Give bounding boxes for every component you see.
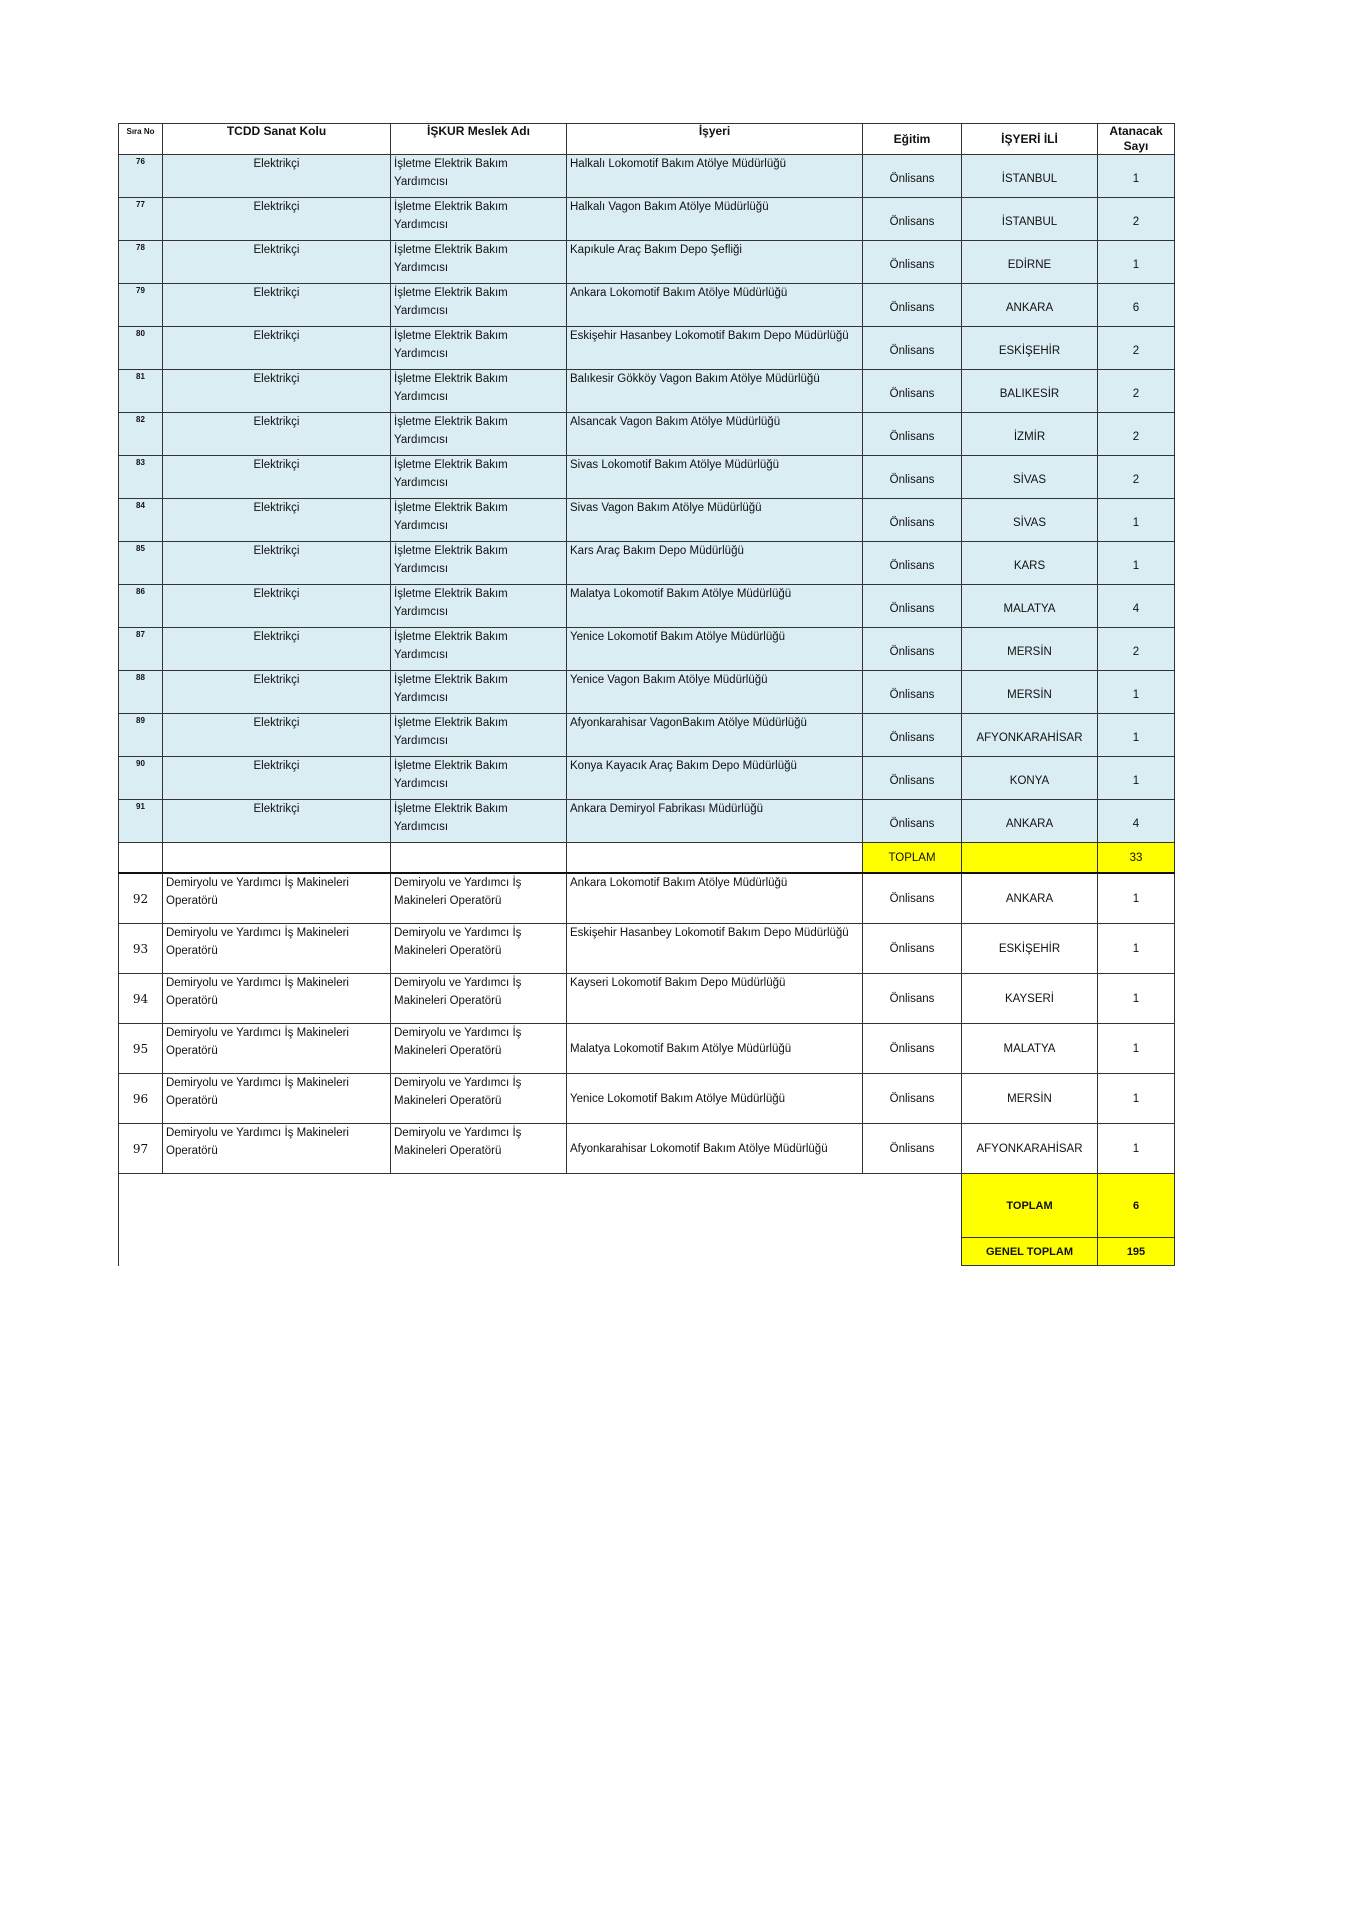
table-row: 94Demiryolu ve Yardımcı İş Makineleri Op… <box>119 974 1175 1024</box>
egitim-cell: Önlisans <box>863 714 962 757</box>
egitim-cell: Önlisans <box>863 873 962 924</box>
egitim-cell: Önlisans <box>863 671 962 714</box>
table-row: 87Elektrikçiİşletme Elektrik Bakım Yardı… <box>119 628 1175 671</box>
recruitment-table: Sıra No TCDD Sanat Kolu İŞKUR Meslek Adı… <box>118 123 1175 1266</box>
egitim-cell: Önlisans <box>863 370 962 413</box>
sanat-kolu-cell: Elektrikçi <box>163 757 391 800</box>
table-row: 97Demiryolu ve Yardımcı İş Makineleri Op… <box>119 1124 1175 1174</box>
isyeri-cell: Ankara Demiryol Fabrikası Müdürlüğü <box>567 800 863 843</box>
sanat-kolu-cell: Elektrikçi <box>163 370 391 413</box>
egitim-cell: Önlisans <box>863 628 962 671</box>
table-row: 80Elektrikçiİşletme Elektrik Bakım Yardı… <box>119 327 1175 370</box>
isyeri-cell: Kayseri Lokomotif Bakım Depo Müdürlüğü <box>567 974 863 1024</box>
table-row: 86Elektrikçiİşletme Elektrik Bakım Yardı… <box>119 585 1175 628</box>
egitim-cell: Önlisans <box>863 155 962 198</box>
isyeri-ili-cell: ANKARA <box>962 873 1098 924</box>
meslek-adi-cell: İşletme Elektrik Bakım Yardımcısı <box>391 456 567 499</box>
row-number: 77 <box>119 198 163 241</box>
table-row: 88Elektrikçiİşletme Elektrik Bakım Yardı… <box>119 671 1175 714</box>
table-header-row: Sıra No TCDD Sanat Kolu İŞKUR Meslek Adı… <box>119 124 1175 155</box>
isyeri-cell: Yenice Vagon Bakım Atölye Müdürlüğü <box>567 671 863 714</box>
isyeri-cell: Halkalı Lokomotif Bakım Atölye Müdürlüğü <box>567 155 863 198</box>
group-total-row: TOPLAM33 <box>119 843 1175 874</box>
egitim-cell: Önlisans <box>863 800 962 843</box>
meslek-adi-cell: İşletme Elektrik Bakım Yardımcısı <box>391 542 567 585</box>
empty-cell <box>567 843 863 874</box>
meslek-adi-cell: İşletme Elektrik Bakım Yardımcısı <box>391 370 567 413</box>
sanat-kolu-cell: Demiryolu ve Yardımcı İş Makineleri Oper… <box>163 1024 391 1074</box>
row-number: 88 <box>119 671 163 714</box>
atanacak-sayi-cell: 1 <box>1098 974 1175 1024</box>
meslek-adi-cell: İşletme Elektrik Bakım Yardımcısı <box>391 155 567 198</box>
row-number: 95 <box>119 1024 163 1074</box>
egitim-cell: Önlisans <box>863 757 962 800</box>
sanat-kolu-cell: Demiryolu ve Yardımcı İş Makineleri Oper… <box>163 873 391 924</box>
atanacak-sayi-cell: 1 <box>1098 1024 1175 1074</box>
atanacak-sayi-cell: 1 <box>1098 671 1175 714</box>
atanacak-sayi-cell: 1 <box>1098 873 1175 924</box>
row-number: 84 <box>119 499 163 542</box>
table-row: 84Elektrikçiİşletme Elektrik Bakım Yardı… <box>119 499 1175 542</box>
sanat-kolu-cell: Elektrikçi <box>163 198 391 241</box>
atanacak-sayi-cell: 2 <box>1098 628 1175 671</box>
isyeri-ili-cell: SİVAS <box>962 499 1098 542</box>
sanat-kolu-cell: Elektrikçi <box>163 413 391 456</box>
header-sira-no: Sıra No <box>119 124 163 155</box>
atanacak-sayi-cell: 1 <box>1098 924 1175 974</box>
row-number: 96 <box>119 1074 163 1124</box>
total-value: 33 <box>1098 843 1175 874</box>
table-row: 78Elektrikçiİşletme Elektrik Bakım Yardı… <box>119 241 1175 284</box>
meslek-adi-cell: İşletme Elektrik Bakım Yardımcısı <box>391 198 567 241</box>
empty-cell <box>163 843 391 874</box>
meslek-adi-cell: İşletme Elektrik Bakım Yardımcısı <box>391 499 567 542</box>
isyeri-ili-cell: AFYONKARAHİSAR <box>962 714 1098 757</box>
atanacak-sayi-cell: 1 <box>1098 542 1175 585</box>
header-isyeri: İşyeri <box>567 124 863 155</box>
sanat-kolu-cell: Elektrikçi <box>163 585 391 628</box>
isyeri-ili-cell: KONYA <box>962 757 1098 800</box>
isyeri-cell: Malatya Lokomotif Bakım Atölye Müdürlüğü <box>567 1024 863 1074</box>
row-number: 87 <box>119 628 163 671</box>
isyeri-cell: Afyonkarahisar Lokomotif Bakım Atölye Mü… <box>567 1124 863 1174</box>
isyeri-ili-cell: SİVAS <box>962 456 1098 499</box>
grand-total-row: GENEL TOPLAM195 <box>119 1238 1175 1266</box>
meslek-adi-cell: İşletme Elektrik Bakım Yardımcısı <box>391 327 567 370</box>
row-number: 76 <box>119 155 163 198</box>
table-row: 76Elektrikçiİşletme Elektrik Bakım Yardı… <box>119 155 1175 198</box>
sanat-kolu-cell: Demiryolu ve Yardımcı İş Makineleri Oper… <box>163 974 391 1024</box>
row-number: 78 <box>119 241 163 284</box>
atanacak-sayi-cell: 1 <box>1098 155 1175 198</box>
atanacak-sayi-cell: 2 <box>1098 413 1175 456</box>
isyeri-cell: Ankara Lokomotif Bakım Atölye Müdürlüğü <box>567 284 863 327</box>
table-row: 81Elektrikçiİşletme Elektrik Bakım Yardı… <box>119 370 1175 413</box>
empty-cell <box>163 1174 962 1238</box>
egitim-cell: Önlisans <box>863 974 962 1024</box>
sanat-kolu-cell: Elektrikçi <box>163 542 391 585</box>
isyeri-cell: Eskişehir Hasanbey Lokomotif Bakım Depo … <box>567 924 863 974</box>
meslek-adi-cell: Demiryolu ve Yardımcı İş Makineleri Oper… <box>391 1024 567 1074</box>
atanacak-sayi-cell: 1 <box>1098 241 1175 284</box>
header-isyeri-ili: İŞYERİ İLİ <box>962 124 1098 155</box>
isyeri-ili-cell: KAYSERİ <box>962 974 1098 1024</box>
meslek-adi-cell: Demiryolu ve Yardımcı İş Makineleri Oper… <box>391 924 567 974</box>
table-row: 77Elektrikçiİşletme Elektrik Bakım Yardı… <box>119 198 1175 241</box>
meslek-adi-cell: İşletme Elektrik Bakım Yardımcısı <box>391 757 567 800</box>
table-row: 79Elektrikçiİşletme Elektrik Bakım Yardı… <box>119 284 1175 327</box>
isyeri-ili-cell: MERSİN <box>962 1074 1098 1124</box>
empty-cell <box>119 843 163 874</box>
sanat-kolu-cell: Elektrikçi <box>163 327 391 370</box>
isyeri-cell: Balıkesir Gökköy Vagon Bakım Atölye Müdü… <box>567 370 863 413</box>
sanat-kolu-cell: Demiryolu ve Yardımcı İş Makineleri Oper… <box>163 924 391 974</box>
atanacak-sayi-cell: 1 <box>1098 757 1175 800</box>
total-label: TOPLAM <box>962 1174 1098 1238</box>
egitim-cell: Önlisans <box>863 327 962 370</box>
isyeri-ili-cell: ANKARA <box>962 284 1098 327</box>
header-meslek-adi: İŞKUR Meslek Adı <box>391 124 567 155</box>
atanacak-sayi-cell: 4 <box>1098 585 1175 628</box>
table-row: 90Elektrikçiİşletme Elektrik Bakım Yardı… <box>119 757 1175 800</box>
row-number: 92 <box>119 873 163 924</box>
egitim-cell: Önlisans <box>863 1074 962 1124</box>
isyeri-ili-cell: AFYONKARAHİSAR <box>962 1124 1098 1174</box>
isyeri-ili-cell: ESKİŞEHİR <box>962 924 1098 974</box>
empty-cell <box>163 1238 962 1266</box>
atanacak-sayi-cell: 6 <box>1098 284 1175 327</box>
meslek-adi-cell: Demiryolu ve Yardımcı İş Makineleri Oper… <box>391 1074 567 1124</box>
meslek-adi-cell: İşletme Elektrik Bakım Yardımcısı <box>391 585 567 628</box>
row-number: 91 <box>119 800 163 843</box>
sanat-kolu-cell: Elektrikçi <box>163 499 391 542</box>
sanat-kolu-cell: Demiryolu ve Yardımcı İş Makineleri Oper… <box>163 1074 391 1124</box>
meslek-adi-cell: İşletme Elektrik Bakım Yardımcısı <box>391 800 567 843</box>
meslek-adi-cell: İşletme Elektrik Bakım Yardımcısı <box>391 628 567 671</box>
meslek-adi-cell: Demiryolu ve Yardımcı İş Makineleri Oper… <box>391 974 567 1024</box>
atanacak-sayi-cell: 1 <box>1098 1124 1175 1174</box>
isyeri-cell: Malatya Lokomotif Bakım Atölye Müdürlüğü <box>567 585 863 628</box>
isyeri-cell: Sivas Vagon Bakım Atölye Müdürlüğü <box>567 499 863 542</box>
atanacak-sayi-cell: 1 <box>1098 1074 1175 1124</box>
isyeri-cell: Ankara Lokomotif Bakım Atölye Müdürlüğü <box>567 873 863 924</box>
isyeri-ili-cell: İSTANBUL <box>962 198 1098 241</box>
empty-cell <box>119 1174 163 1238</box>
table-row: 83Elektrikçiİşletme Elektrik Bakım Yardı… <box>119 456 1175 499</box>
grand-total-label: GENEL TOPLAM <box>962 1238 1098 1266</box>
row-number: 89 <box>119 714 163 757</box>
isyeri-cell: Afyonkarahisar VagonBakım Atölye Müdürlü… <box>567 714 863 757</box>
isyeri-ili-cell: MERSİN <box>962 671 1098 714</box>
isyeri-cell: Kars Araç Bakım Depo Müdürlüğü <box>567 542 863 585</box>
sanat-kolu-cell: Demiryolu ve Yardımcı İş Makineleri Oper… <box>163 1124 391 1174</box>
isyeri-cell: Alsancak Vagon Bakım Atölye Müdürlüğü <box>567 413 863 456</box>
isyeri-ili-cell: MALATYA <box>962 585 1098 628</box>
isyeri-cell: Yenice Lokomotif Bakım Atölye Müdürlüğü <box>567 628 863 671</box>
atanacak-sayi-cell: 2 <box>1098 456 1175 499</box>
header-egitim: Eğitim <box>863 124 962 155</box>
sanat-kolu-cell: Elektrikçi <box>163 241 391 284</box>
row-number: 97 <box>119 1124 163 1174</box>
header-atanacak-sayi: Atanacak Sayı <box>1098 124 1175 155</box>
atanacak-sayi-cell: 1 <box>1098 499 1175 542</box>
sanat-kolu-cell: Elektrikçi <box>163 456 391 499</box>
isyeri-ili-cell: MERSİN <box>962 628 1098 671</box>
atanacak-sayi-cell: 1 <box>1098 714 1175 757</box>
sanat-kolu-cell: Elektrikçi <box>163 671 391 714</box>
isyeri-cell: Konya Kayacık Araç Bakım Depo Müdürlüğü <box>567 757 863 800</box>
group-total-row: TOPLAM6 <box>119 1174 1175 1238</box>
table-row: 96Demiryolu ve Yardımcı İş Makineleri Op… <box>119 1074 1175 1124</box>
meslek-adi-cell: Demiryolu ve Yardımcı İş Makineleri Oper… <box>391 873 567 924</box>
empty-cell <box>391 843 567 874</box>
row-number: 80 <box>119 327 163 370</box>
egitim-cell: Önlisans <box>863 198 962 241</box>
egitim-cell: Önlisans <box>863 542 962 585</box>
row-number: 94 <box>119 974 163 1024</box>
egitim-cell: Önlisans <box>863 456 962 499</box>
egitim-cell: Önlisans <box>863 924 962 974</box>
row-number: 93 <box>119 924 163 974</box>
header-sanat-kolu: TCDD Sanat Kolu <box>163 124 391 155</box>
egitim-cell: Önlisans <box>863 413 962 456</box>
table-row: 93Demiryolu ve Yardımcı İş Makineleri Op… <box>119 924 1175 974</box>
atanacak-sayi-cell: 4 <box>1098 800 1175 843</box>
isyeri-ili-cell: EDİRNE <box>962 241 1098 284</box>
meslek-adi-cell: İşletme Elektrik Bakım Yardımcısı <box>391 284 567 327</box>
meslek-adi-cell: İşletme Elektrik Bakım Yardımcısı <box>391 714 567 757</box>
atanacak-sayi-cell: 2 <box>1098 198 1175 241</box>
empty-highlight-cell <box>962 843 1098 874</box>
egitim-cell: Önlisans <box>863 1024 962 1074</box>
row-number: 79 <box>119 284 163 327</box>
recruitment-table-sheet: Sıra No TCDD Sanat Kolu İŞKUR Meslek Adı… <box>118 123 1175 1266</box>
table-row: 95Demiryolu ve Yardımcı İş Makineleri Op… <box>119 1024 1175 1074</box>
row-number: 85 <box>119 542 163 585</box>
isyeri-cell: Kapıkule Araç Bakım Depo Şefliği <box>567 241 863 284</box>
meslek-adi-cell: İşletme Elektrik Bakım Yardımcısı <box>391 671 567 714</box>
egitim-cell: Önlisans <box>863 499 962 542</box>
isyeri-ili-cell: MALATYA <box>962 1024 1098 1074</box>
sanat-kolu-cell: Elektrikçi <box>163 800 391 843</box>
sanat-kolu-cell: Elektrikçi <box>163 714 391 757</box>
isyeri-cell: Eskişehir Hasanbey Lokomotif Bakım Depo … <box>567 327 863 370</box>
atanacak-sayi-cell: 2 <box>1098 370 1175 413</box>
isyeri-ili-cell: BALIKESİR <box>962 370 1098 413</box>
row-number: 83 <box>119 456 163 499</box>
table-row: 92Demiryolu ve Yardımcı İş Makineleri Op… <box>119 873 1175 924</box>
total-label: TOPLAM <box>863 843 962 874</box>
egitim-cell: Önlisans <box>863 284 962 327</box>
meslek-adi-cell: İşletme Elektrik Bakım Yardımcısı <box>391 241 567 284</box>
sanat-kolu-cell: Elektrikçi <box>163 284 391 327</box>
isyeri-cell: Yenice Lokomotif Bakım Atölye Müdürlüğü <box>567 1074 863 1124</box>
row-number: 90 <box>119 757 163 800</box>
meslek-adi-cell: İşletme Elektrik Bakım Yardımcısı <box>391 413 567 456</box>
table-row: 82Elektrikçiİşletme Elektrik Bakım Yardı… <box>119 413 1175 456</box>
table-row: 89Elektrikçiİşletme Elektrik Bakım Yardı… <box>119 714 1175 757</box>
grand-total-value: 195 <box>1098 1238 1175 1266</box>
isyeri-ili-cell: ANKARA <box>962 800 1098 843</box>
isyeri-cell: Sivas Lokomotif Bakım Atölye Müdürlüğü <box>567 456 863 499</box>
isyeri-cell: Halkalı Vagon Bakım Atölye Müdürlüğü <box>567 198 863 241</box>
isyeri-ili-cell: KARS <box>962 542 1098 585</box>
table-row: 85Elektrikçiİşletme Elektrik Bakım Yardı… <box>119 542 1175 585</box>
meslek-adi-cell: Demiryolu ve Yardımcı İş Makineleri Oper… <box>391 1124 567 1174</box>
sanat-kolu-cell: Elektrikçi <box>163 155 391 198</box>
isyeri-ili-cell: İSTANBUL <box>962 155 1098 198</box>
row-number: 86 <box>119 585 163 628</box>
isyeri-ili-cell: İZMİR <box>962 413 1098 456</box>
isyeri-ili-cell: ESKİŞEHİR <box>962 327 1098 370</box>
egitim-cell: Önlisans <box>863 585 962 628</box>
empty-cell <box>119 1238 163 1266</box>
row-number: 81 <box>119 370 163 413</box>
egitim-cell: Önlisans <box>863 241 962 284</box>
table-row: 91Elektrikçiİşletme Elektrik Bakım Yardı… <box>119 800 1175 843</box>
row-number: 82 <box>119 413 163 456</box>
total-value: 6 <box>1098 1174 1175 1238</box>
egitim-cell: Önlisans <box>863 1124 962 1174</box>
atanacak-sayi-cell: 2 <box>1098 327 1175 370</box>
sanat-kolu-cell: Elektrikçi <box>163 628 391 671</box>
